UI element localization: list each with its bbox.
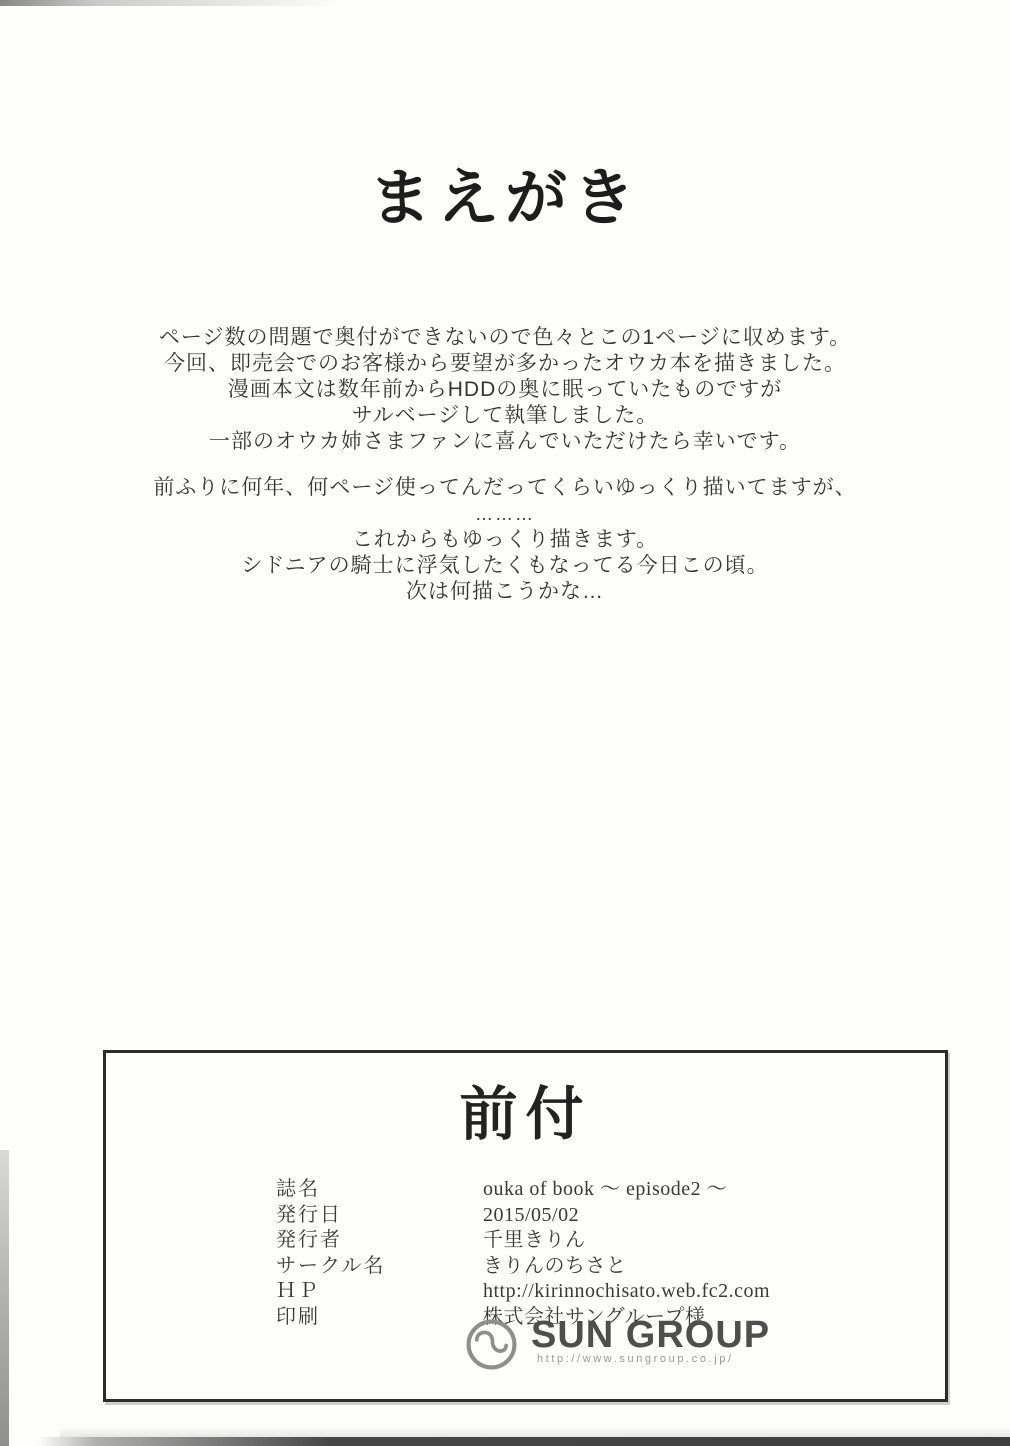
sun-group-logo-text: SUN GROUP http://www.sungroup.co.jp/ — [531, 1315, 770, 1365]
scanned-doujinshi-page: まえがき ページ数の問題で奥付ができないので色々とこの1ページに収めます。 今回… — [0, 0, 1010, 1446]
sun-group-logo-icon — [464, 1317, 519, 1372]
colophon-value-title: ouka of book ～ episode2 ～ — [483, 1177, 727, 1203]
colophon-row: 発行者 千里きりん — [276, 1228, 945, 1254]
preface-line: これからもゆっくり描きます。 — [0, 527, 1010, 553]
preface-line: 前ふりに何年、何ページ使ってんだってくらいゆっくり描いてますが、 — [0, 475, 1010, 501]
preface-line-dots: ……… — [0, 501, 1010, 527]
scan-edge-bottom — [38, 1437, 1010, 1446]
preface-line: 次は何描こうかな… — [0, 579, 1010, 605]
paragraph-gap — [0, 455, 1010, 475]
scan-shadow-bottom — [60, 1427, 1010, 1437]
colophon-row: ＨＰ http://kirinnochisato.web.fc2.com — [276, 1279, 945, 1305]
colophon-label: 発行日 — [276, 1203, 483, 1229]
colophon-label: 印刷 — [276, 1305, 483, 1331]
colophon-label: 誌名 — [276, 1177, 483, 1203]
colophon-label: 発行者 — [276, 1228, 483, 1254]
colophon-value-date: 2015/05/02 — [483, 1203, 579, 1229]
colophon-title: 前付 — [106, 1067, 945, 1151]
sun-group-logo: SUN GROUP http://www.sungroup.co.jp/ — [464, 1315, 770, 1372]
preface-title: まえがき — [0, 148, 1010, 237]
preface-line: 漫画本文は数年前からHDDの奥に眠っていたものですが — [0, 377, 1010, 403]
sun-group-url: http://www.sungroup.co.jp/ — [537, 1353, 770, 1365]
preface-line: シドニアの騎士に浮気したくもなってる今日この頃。 — [0, 553, 1010, 579]
preface-body: ページ数の問題で奥付ができないので色々とこの1ページに収めます。 今回、即売会で… — [0, 325, 1010, 605]
colophon-label: サークル名 — [276, 1254, 483, 1280]
preface-line: ページ数の問題で奥付ができないので色々とこの1ページに収めます。 — [0, 325, 1010, 351]
colophon-value-circle: きりんのちさと — [483, 1254, 627, 1280]
colophon-value-author: 千里きりん — [483, 1228, 586, 1254]
preface-line: 一部のオウカ姉さまファンに喜んでいただけたら幸いです。 — [0, 429, 1010, 455]
preface-line: 今回、即売会でのお客様から要望が多かったオウカ本を描きました。 — [0, 351, 1010, 377]
scan-edge-top — [0, 0, 340, 6]
preface-line: サルベージして執筆しました。 — [0, 403, 1010, 429]
colophon-box: 前付 誌名 ouka of book ～ episode2 ～ 発行日 2015… — [103, 1050, 948, 1402]
scan-edge-left — [0, 1150, 9, 1446]
colophon-row: サークル名 きりんのちさと — [276, 1254, 945, 1280]
colophon-table: 誌名 ouka of book ～ episode2 ～ 発行日 2015/05… — [276, 1177, 945, 1330]
colophon-label: ＨＰ — [276, 1279, 483, 1305]
colophon-row: 誌名 ouka of book ～ episode2 ～ — [276, 1177, 945, 1203]
colophon-row: 発行日 2015/05/02 — [276, 1203, 945, 1229]
sun-group-name: SUN GROUP — [531, 1315, 770, 1355]
preface-section: まえがき ページ数の問題で奥付ができないので色々とこの1ページに収めます。 今回… — [0, 148, 1010, 605]
colophon-value-homepage-url: http://kirinnochisato.web.fc2.com — [483, 1279, 770, 1305]
